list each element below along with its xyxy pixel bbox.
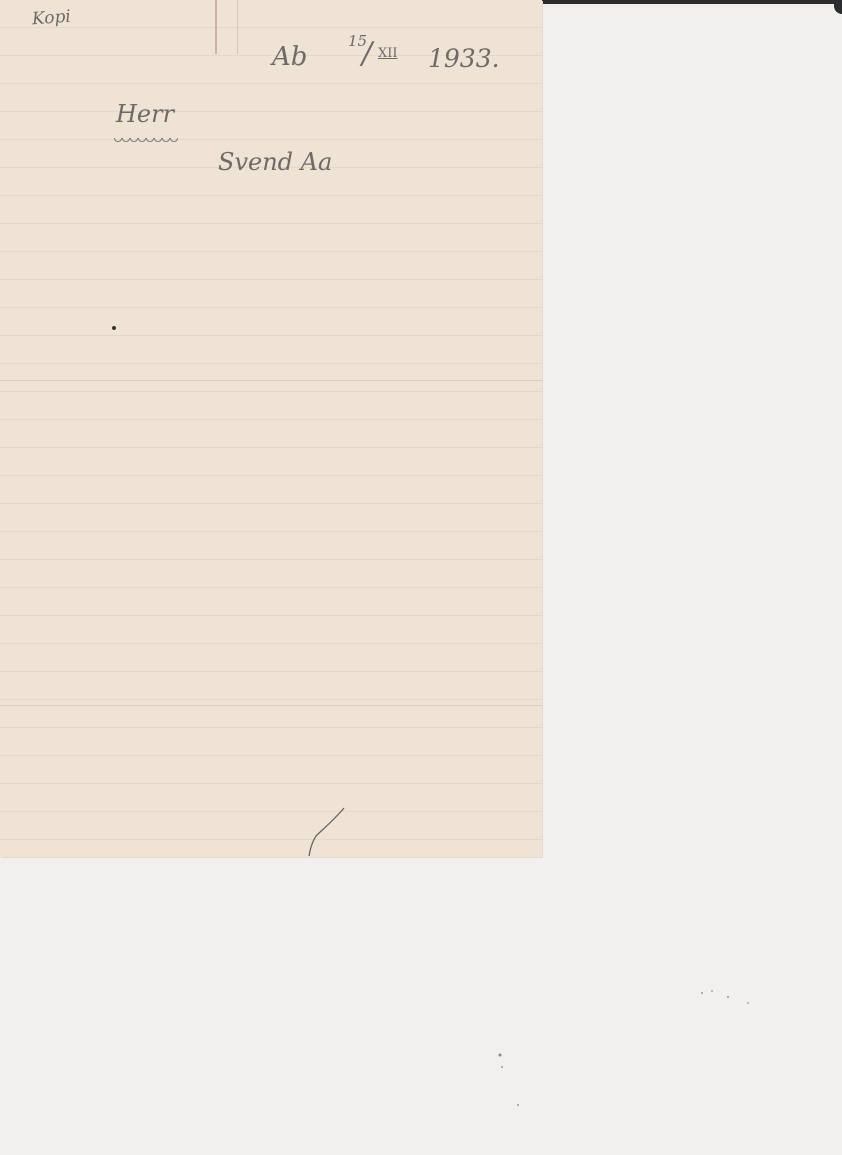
letter-paper: Kopi Ab 15 / XII 1933. Herr Svend Aa <box>0 0 542 857</box>
salutation: Herr <box>116 100 174 128</box>
fold-line <box>0 380 542 381</box>
pencil-stroke <box>300 800 350 860</box>
ink-mark <box>215 0 217 54</box>
ink-mark <box>237 0 238 54</box>
scanner-dust <box>690 975 770 1015</box>
scanner-lid-edge <box>540 0 842 4</box>
ink-dot <box>112 326 116 330</box>
scanner-dust <box>490 1045 530 1115</box>
date-place: Ab <box>272 42 307 72</box>
salutation-wavy-underline <box>114 138 178 144</box>
fold-line <box>0 705 542 706</box>
copy-annotation: Kopi <box>31 7 71 30</box>
date-year: 1933. <box>428 44 500 73</box>
scanner-lid-corner <box>834 0 842 14</box>
date-separator: / <box>362 36 372 71</box>
recipient-name: Svend Aa <box>218 148 332 176</box>
date-month: XII <box>378 46 398 61</box>
